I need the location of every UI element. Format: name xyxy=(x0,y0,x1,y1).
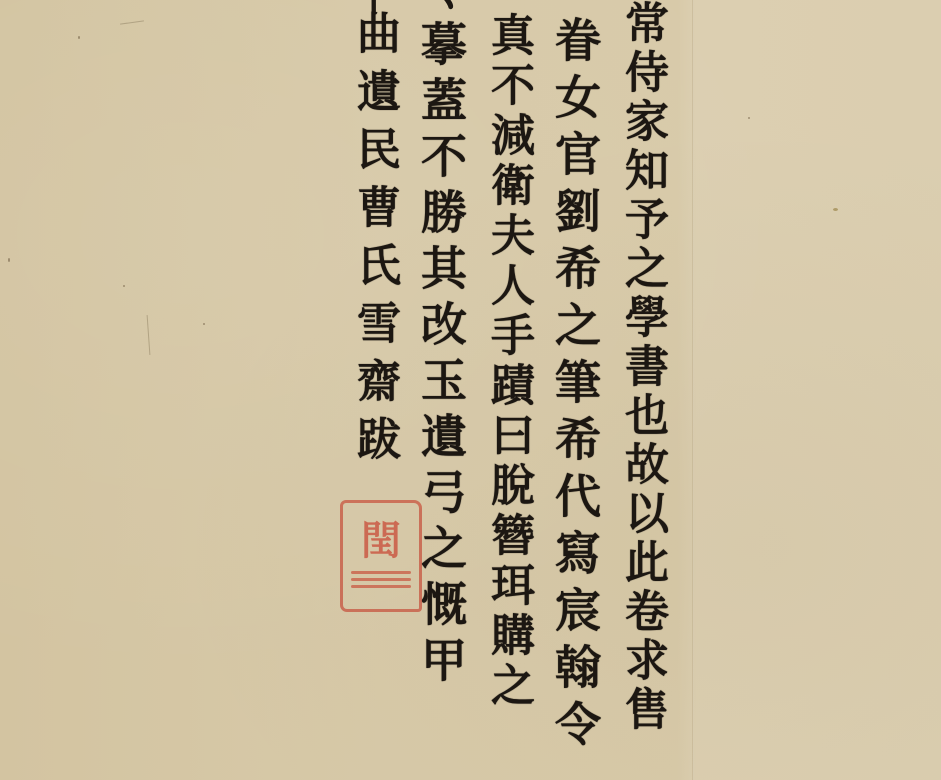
text-column-4: 丶 摹蓋不勝其改玉遺弓之慨甲 xyxy=(414,20,468,692)
paper-seam xyxy=(692,0,694,780)
column-3-text: 真不減衛夫人手蹟曰脫簪珥購之 xyxy=(486,12,530,712)
column-2-text: 眷女官劉希之筆希代寫宸翰令 xyxy=(552,16,598,757)
paper-speck xyxy=(8,258,10,262)
paper-speck xyxy=(78,36,80,39)
paper-speck xyxy=(833,208,838,211)
text-column-5-signature: 丨 曲遺民曹氏雪齋跋 xyxy=(348,10,400,474)
paper-speck xyxy=(123,285,125,287)
column-1-text: 常侍家知予之學書也故以此卷求售 xyxy=(620,0,664,735)
seal-line-marks xyxy=(351,567,411,592)
column-3-cropped-glyph: 一 xyxy=(490,0,534,22)
text-column-2: 眷女官劉希之筆希代寫宸翰令 xyxy=(548,16,602,757)
column-4-cropped-glyph: 丶 xyxy=(422,0,466,26)
paper-speck xyxy=(203,323,205,325)
column-4-text: 摹蓋不勝其改玉遺弓之慨甲 xyxy=(418,20,464,692)
column-5-cropped-glyph: 丨 xyxy=(352,0,396,18)
seal-glyph: 閏 xyxy=(361,521,401,561)
text-column-3: 一 真不減衛夫人手蹟曰脫簪珥購之 xyxy=(482,12,534,712)
column-5-text: 曲遺民曹氏雪齋跋 xyxy=(352,10,396,474)
text-column-1: 常侍家知予之學書也故以此卷求售 xyxy=(616,0,668,735)
paper-speck xyxy=(748,117,750,119)
red-seal-stamp: 閏 xyxy=(340,500,422,612)
paper-background xyxy=(0,0,941,780)
